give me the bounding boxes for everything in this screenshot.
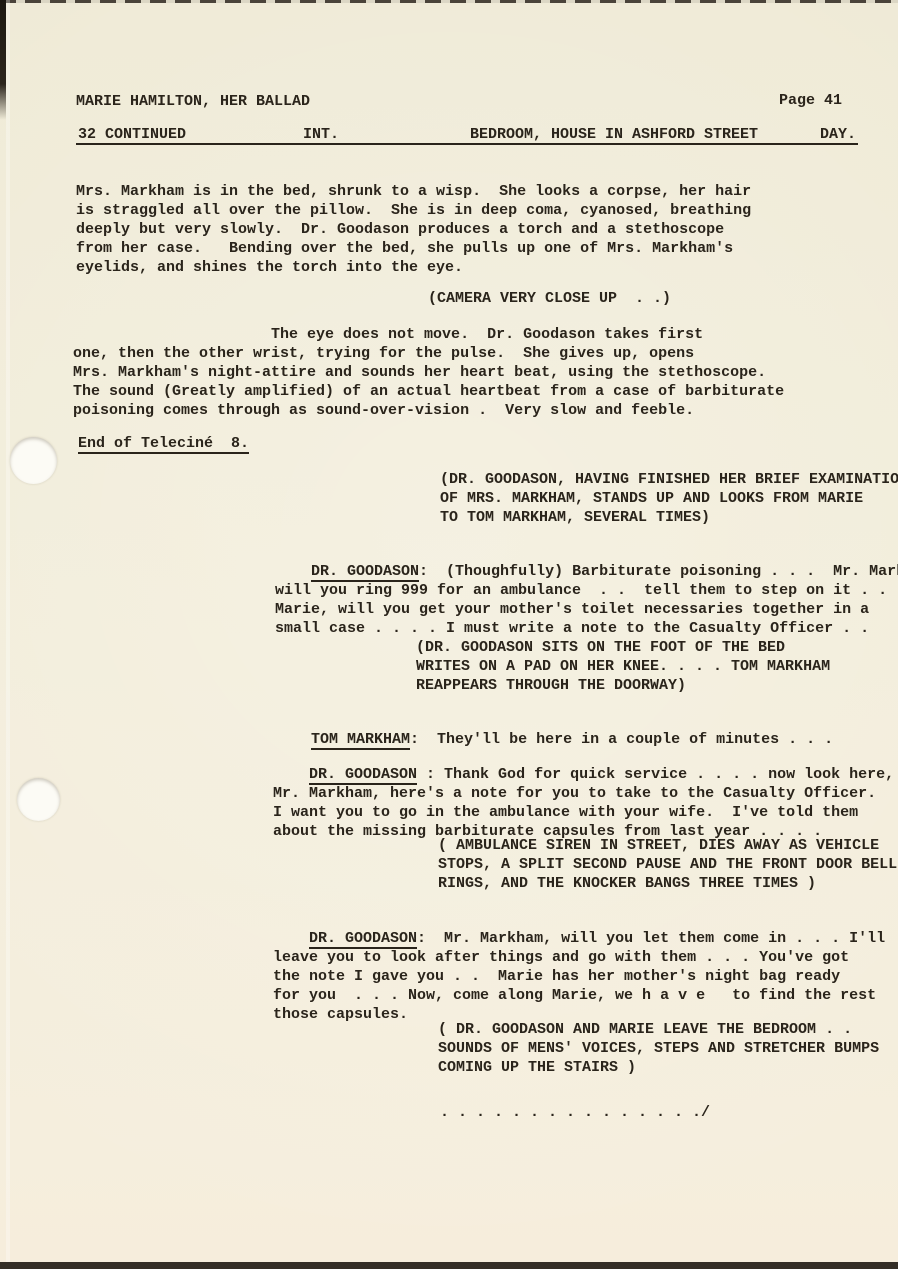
action-paragraph-2: The eye does not move. Dr. Goodason take… xyxy=(73,325,784,420)
telecine-end-note-text: End of Teleciné 8. xyxy=(78,435,249,454)
scene-time: DAY. xyxy=(820,125,856,144)
punch-hole-bottom xyxy=(17,778,60,821)
stage-direction-2: (DR. GOODASON SITS ON THE FOOT OF THE BE… xyxy=(416,638,830,695)
character-cue: DR. GOODASON xyxy=(309,766,417,785)
stage-direction-3: ( AMBULANCE SIREN IN STREET, DIES AWAY A… xyxy=(438,836,897,893)
stage-direction-4: ( DR. GOODASON AND MARIE LEAVE THE BEDRO… xyxy=(438,1020,879,1077)
punch-hole-top xyxy=(10,437,57,484)
paper-crease xyxy=(6,0,10,1269)
scene-number: 32 CONTINUED xyxy=(78,125,186,144)
camera-direction: (CAMERA VERY CLOSE UP . .) xyxy=(428,289,671,308)
character-cue: DR. GOODASON xyxy=(311,563,419,582)
telecine-end-note: End of Teleciné 8. xyxy=(78,434,249,453)
scan-edge-top xyxy=(0,0,898,3)
character-cue: DR. GOODASON xyxy=(309,930,417,949)
page-number: Page 41 xyxy=(779,91,842,110)
script-title: MARIE HAMILTON, HER BALLAD xyxy=(76,92,310,111)
script-page: MARIE HAMILTON, HER BALLAD Page 41 32 CO… xyxy=(0,0,898,1269)
scene-int-ext: INT. xyxy=(303,125,339,144)
stage-direction-1: (DR. GOODASON, HAVING FINISHED HER BRIEF… xyxy=(440,470,898,527)
action-paragraph-1: Mrs. Markham is in the bed, shrunk to a … xyxy=(76,182,751,277)
scene-location: BEDROOM, HOUSE IN ASHFORD STREET xyxy=(470,125,758,144)
scene-heading-rule xyxy=(76,143,858,145)
end-of-page-marker: . . . . . . . . . . . . . . ./ xyxy=(440,1103,710,1122)
scan-edge-bottom xyxy=(0,1262,898,1269)
